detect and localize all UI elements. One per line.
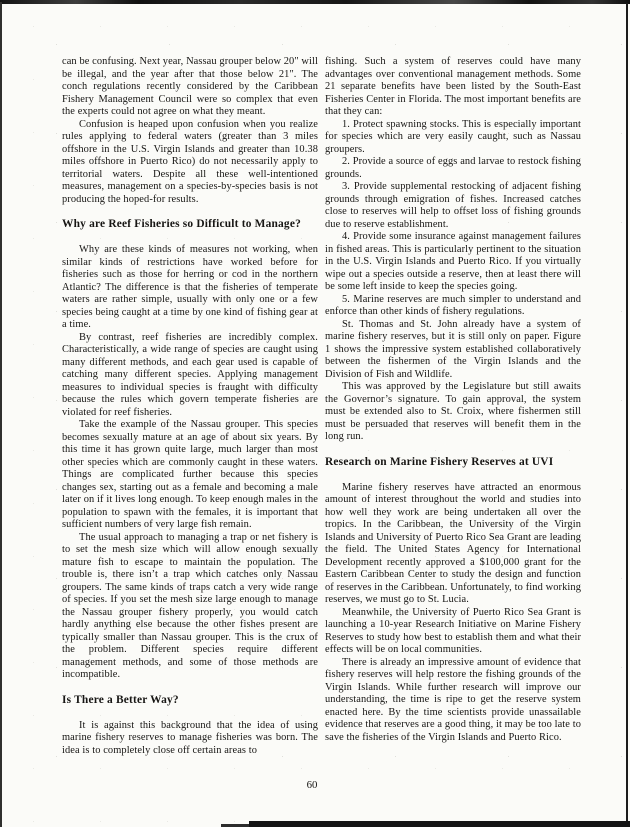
body-paragraph: Marine fishery reserves have attracted a… [325, 482, 581, 607]
scan-edge-top [0, 0, 630, 4]
body-paragraph: 2. Provide a source of eggs and larvae t… [325, 156, 581, 181]
page-number: 60 [62, 779, 562, 791]
body-paragraph: The usual approach to managing a trap or… [62, 532, 318, 682]
body-paragraph: Take the example of the Nassau grouper. … [62, 419, 318, 532]
two-column-text-area: can be confusing. Next year, Nassau grou… [62, 56, 581, 757]
body-paragraph: This was approved by the Legislature but… [325, 381, 581, 444]
section-heading: Why are Reef Fisheries so Difficult to M… [62, 218, 318, 231]
body-paragraph: 1. Protect spawning stocks. This is espe… [325, 119, 581, 157]
section-heading: Research on Marine Fishery Reserves at U… [325, 456, 581, 469]
body-paragraph: Confusion is heaped upon confusion when … [62, 119, 318, 207]
scan-edge-left [0, 2, 2, 827]
body-paragraph: Meanwhile, the University of Puerto Rico… [325, 607, 581, 657]
left-column: can be confusing. Next year, Nassau grou… [62, 56, 318, 757]
body-paragraph: By contrast, reef fisheries are incredib… [62, 332, 318, 420]
section-heading: Is There a Better Way? [62, 694, 318, 707]
body-paragraph: Why are these kinds of measures not work… [62, 244, 318, 332]
body-paragraph: can be confusing. Next year, Nassau grou… [62, 56, 318, 119]
body-paragraph: St. Thomas and St. John already have a s… [325, 319, 581, 382]
body-paragraph: 5. Marine reserves are much simpler to u… [325, 294, 581, 319]
scan-edge-bottom [249, 821, 630, 827]
right-column: fishing. Such a system of reserves could… [325, 56, 581, 757]
body-paragraph: 3. Provide supplemental restocking of ad… [325, 181, 581, 231]
scanned-document-page: can be confusing. Next year, Nassau grou… [0, 0, 630, 827]
body-paragraph: 4. Provide some insurance against manage… [325, 231, 581, 294]
body-paragraph: fishing. Such a system of reserves could… [325, 56, 581, 119]
scan-edge-right [626, 3, 628, 827]
body-paragraph: It is against this background that the i… [62, 720, 318, 758]
body-paragraph: There is already an impressive amount of… [325, 657, 581, 745]
